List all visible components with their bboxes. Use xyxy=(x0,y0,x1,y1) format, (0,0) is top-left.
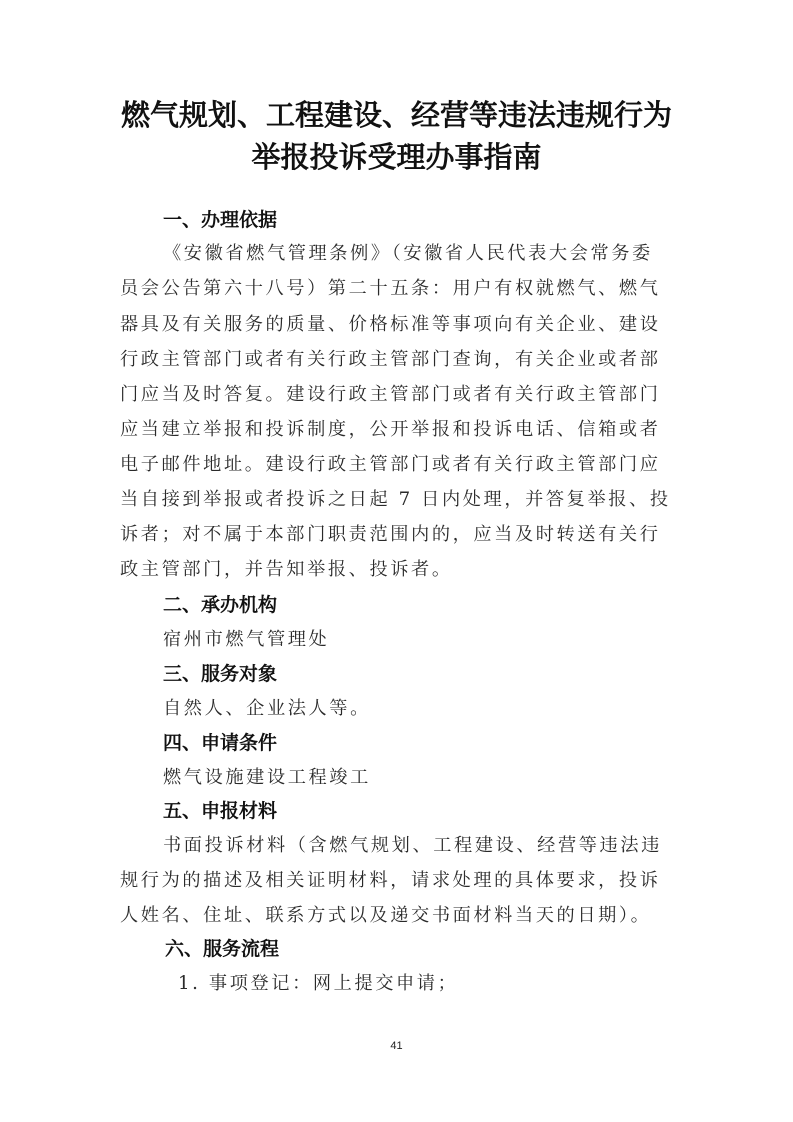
paragraph-line: 门应当及时答复。建设行政主管部门或者有关行政主管部门 xyxy=(120,381,660,409)
document-title-line-2: 举报投诉受理办事指南 xyxy=(0,137,793,177)
paragraph-line: 行政主管部门或者有关行政主管部门查询，有关企业或者部 xyxy=(120,346,660,374)
paragraph-line: 1. 事项登记：网上提交申请； xyxy=(178,970,458,998)
paragraph-line: 规行为的描述及相关证明材料，请求处理的具体要求，投诉 xyxy=(120,867,660,895)
section-heading-materials: 五、申报材料 xyxy=(163,797,277,825)
section-heading-conditions: 四、申请条件 xyxy=(163,729,277,757)
paragraph-line: 器具及有关服务的质量、价格标准等事项向有关企业、建设 xyxy=(120,311,660,339)
paragraph-line: 燃气设施建设工程竣工 xyxy=(163,764,371,792)
paragraph-line: 员会公告第六十八号）第二十五条：用户有权就燃气、燃气 xyxy=(120,275,660,303)
section-heading-agency: 二、承办机构 xyxy=(163,591,277,619)
page-number: 41 xyxy=(0,1040,793,1052)
paragraph-line: 政主管部门，并告知举报、投诉者。 xyxy=(120,556,453,584)
section-heading-process: 六、服务流程 xyxy=(165,935,279,963)
paragraph-line: 诉者；对不属于本部门职责范围内的，应当及时转送有关行 xyxy=(120,521,660,549)
paragraph-line: 《安徽省燃气管理条例》（安徽省人民代表大会常务委 xyxy=(163,240,653,268)
section-heading-basis: 一、办理依据 xyxy=(163,206,277,234)
document-page: 燃气规划、工程建设、经营等违法违规行为 举报投诉受理办事指南 一、办理依据 《安… xyxy=(0,0,793,1122)
paragraph-line: 书面投诉材料（含燃气规划、工程建设、经营等违法违 xyxy=(163,832,662,860)
paragraph-line: 电子邮件地址。建设行政主管部门或者有关行政主管部门应 xyxy=(120,451,660,479)
paragraph-line: 自然人、企业法人等。 xyxy=(163,695,371,723)
section-heading-service-target: 三、服务对象 xyxy=(163,660,277,688)
paragraph-line: 当自接到举报或者投诉之日起 7 日内处理，并答复举报、投 xyxy=(120,486,671,514)
document-title-line-1: 燃气规划、工程建设、经营等违法违规行为 xyxy=(0,95,793,135)
paragraph-line: 人姓名、住址、联系方式以及递交书面材料当天的日期）。 xyxy=(120,902,651,930)
paragraph-line: 宿州市燃气管理处 xyxy=(163,626,329,654)
paragraph-line: 应当建立举报和投诉制度，公开举报和投诉电话、信箱或者 xyxy=(120,416,660,444)
